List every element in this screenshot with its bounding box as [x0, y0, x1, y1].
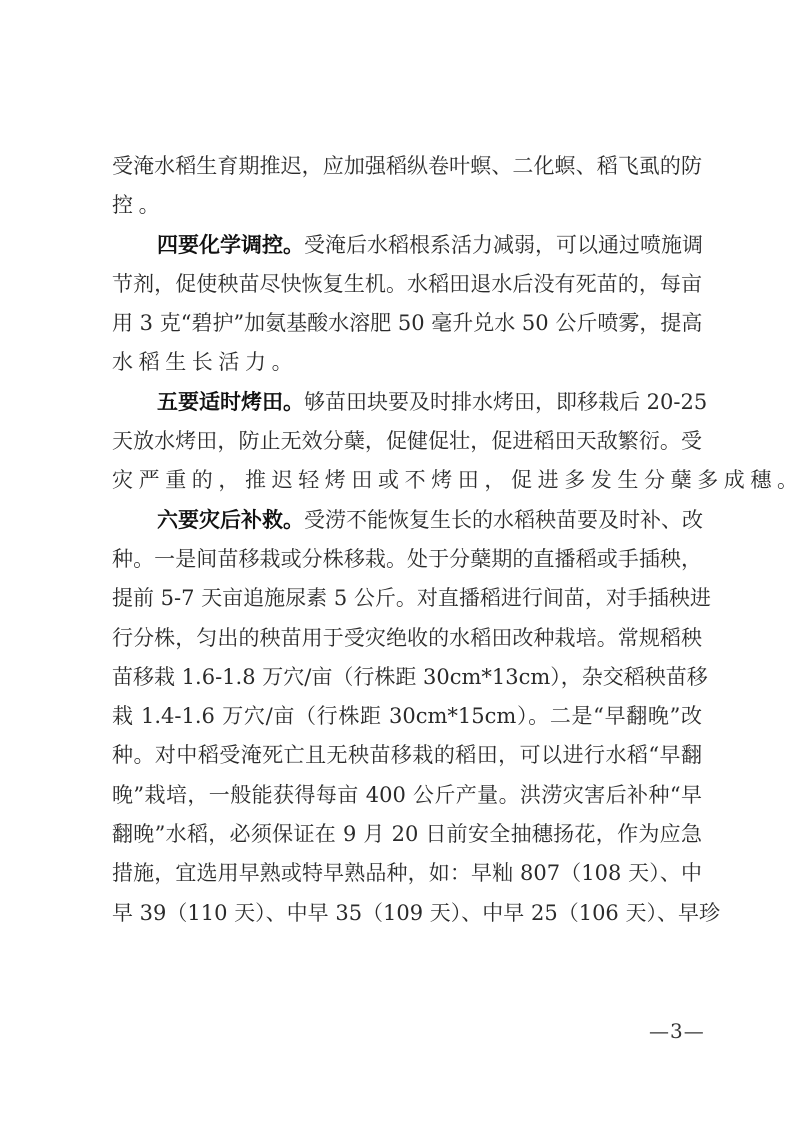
text-line: 提前 5-7 天亩追施尿素 5 公斤。对直播稻进行间苗，对手插秧进: [112, 579, 702, 618]
text-line: 行分株，匀出的秧苗用于受灾绝收的水稻田改种栽培。常规稻秧: [112, 619, 702, 658]
text-line: 种。一是间苗移栽或分株移栽。处于分蘖期的直播稻或手插秧，: [112, 540, 702, 579]
document-body: 受淹水稻生育期推迟，应加强稻纵卷叶螟、二化螟、稻飞虱的防 控。 四要化学调控。受…: [112, 147, 702, 933]
section-heading-chemical-control: 四要化学调控。: [157, 233, 304, 257]
text-run: 受淹后水稻根系活力减弱，可以通过喷施调: [304, 233, 703, 257]
paragraph-4-first-line: 四要化学调控。受淹后水稻根系活力减弱，可以通过喷施调: [112, 226, 702, 265]
text-line: 栽 1.4-1.6 万穴/亩（行株距 30cm*15cm）。二是“早翻晚”改: [112, 697, 702, 736]
text-line: 用 3 克“碧护”加氨基酸水溶肥 50 毫升兑水 50 公斤喷雾，提高: [112, 304, 702, 343]
paragraph-5-first-line: 五要适时烤田。够苗田块要及时排水烤田，即移栽后 20-25: [112, 383, 702, 422]
text-run: 受涝不能恢复生长的水稻秧苗要及时补、改: [304, 508, 703, 532]
text-line: 天放水烤田，防止无效分蘖，促健促壮，促进稻田天敌繁衍。受: [112, 422, 702, 461]
text-line: 节剂，促使秧苗尽快恢复生机。水稻田退水后没有死苗的，每亩: [112, 265, 702, 304]
text-line: 晚”栽培，一般能获得每亩 400 公斤产量。洪涝灾害后补种“早: [112, 776, 702, 815]
text-line: 受淹水稻生育期推迟，应加强稻纵卷叶螟、二化螟、稻飞虱的防: [112, 147, 702, 186]
page-number: —3—: [649, 1019, 705, 1043]
text-line: 灾严重的，推迟轻烤田或不烤田，促进多发生分蘖多成穗。: [112, 461, 702, 500]
text-run: 够苗田块要及时排水烤田，即移栽后 20-25: [304, 390, 707, 414]
section-heading-timely-drying: 五要适时烤田。: [157, 390, 304, 414]
paragraph-6-first-line: 六要灾后补救。受涝不能恢复生长的水稻秧苗要及时补、改: [112, 501, 702, 540]
text-line: 早 39（110 天）、中早 35（109 天）、中早 25（106 天）、早珍: [112, 894, 702, 933]
text-line: 种。对中稻受淹死亡且无秧苗移栽的稻田，可以进行水稻“早翻: [112, 736, 702, 775]
text-line: 措施，宜选用早熟或特早熟品种，如：早籼 807（108 天）、中: [112, 854, 702, 893]
text-line: 苗移栽 1.6-1.8 万穴/亩（行株距 30cm*13cm），杂交稻秧苗移: [112, 658, 702, 697]
section-heading-post-disaster-remedy: 六要灾后补救。: [157, 508, 304, 532]
text-line: 水稻生长活力。: [112, 343, 702, 382]
text-line: 控。: [112, 186, 702, 225]
text-line: 翻晚”水稻，必须保证在 9 月 20 日前安全抽穗扬花，作为应急: [112, 815, 702, 854]
